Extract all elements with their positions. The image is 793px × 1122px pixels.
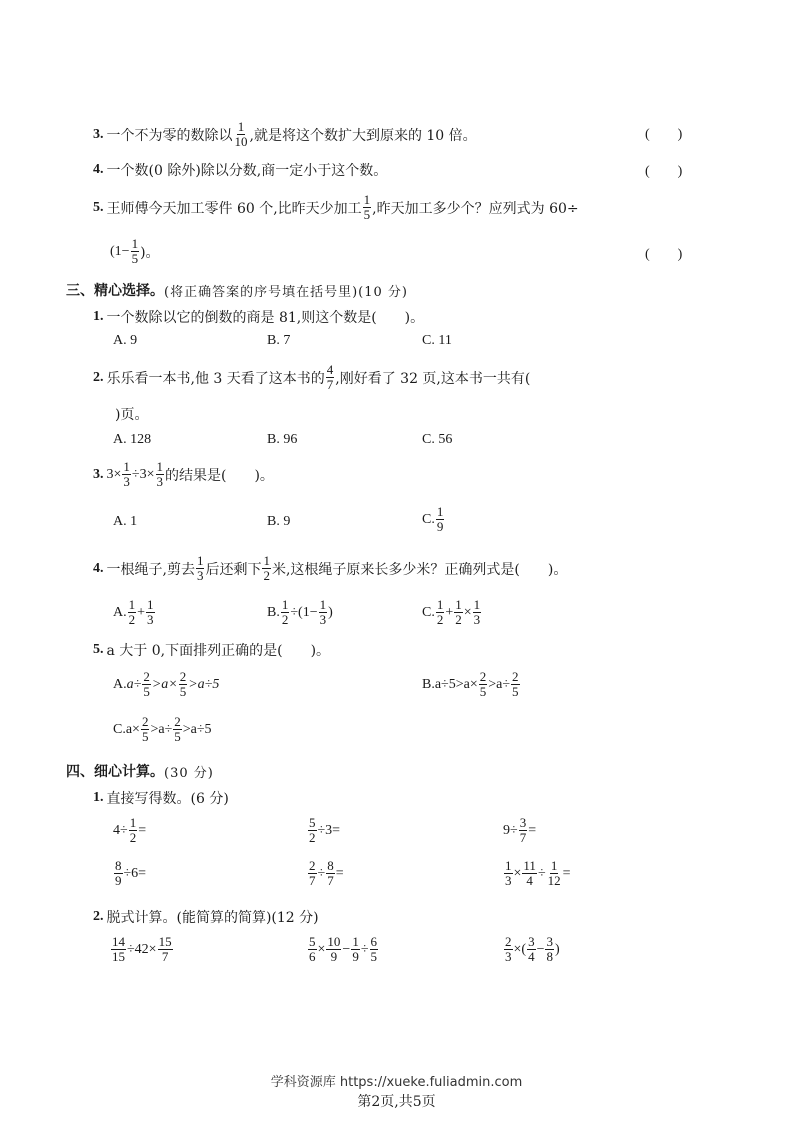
calc-q2: 2. 脱式计算。(能简算的简算)(12 分) xyxy=(93,907,319,927)
option-a[interactable]: A. 128 xyxy=(113,432,151,448)
oral-calc-2: 52 ÷3= xyxy=(307,816,340,845)
oral-calc-6: 13 × 114 ÷ 112 = xyxy=(503,859,571,888)
option-b[interactable]: B. 9 xyxy=(267,514,290,530)
answer-blank[interactable]: ( ) xyxy=(645,123,682,143)
option-a[interactable]: A. 12 + 13 xyxy=(113,598,156,627)
option-a[interactable]: A. 9 xyxy=(113,333,137,349)
oral-calc-1: 4÷ 12 = xyxy=(113,816,146,845)
section-4-heading: 四、细心计算。 (30 分) xyxy=(66,761,214,781)
judgment-item-5-line2: (1− 15 )。 xyxy=(110,237,160,266)
fraction: 12 xyxy=(262,554,271,583)
option-c[interactable]: C. a× 25 >a÷ 25 >a÷5 xyxy=(113,715,212,744)
fraction: 19 xyxy=(436,505,445,534)
choice-q3: 3. 3× 13 ÷3× 13 的结果是( )。 xyxy=(93,460,274,489)
answer-blank[interactable]: ( ) xyxy=(645,160,682,180)
choice-q2-line2: )页。 xyxy=(115,404,148,424)
option-a[interactable]: A. a÷ 25 >a× 25 >a÷5 xyxy=(113,670,219,699)
source-watermark: 学科资源库 https://xueke.fuliadmin.com xyxy=(0,1071,793,1090)
fraction: 110 xyxy=(234,120,249,149)
choice-q5: 5. a 大于 0,下面排列正确的是( )。 xyxy=(93,640,330,660)
fraction: 15 xyxy=(363,193,372,222)
fraction: 13 xyxy=(196,554,205,583)
choice-q1: 1. 一个数除以它的倒数的商是 81,则这个数是( )。 xyxy=(93,307,424,327)
oral-calc-3: 9÷ 37 = xyxy=(503,816,536,845)
fraction: 47 xyxy=(326,363,335,392)
section-3-heading: 三、精心选择。 (将正确答案的序号填在括号里)(10 分) xyxy=(66,280,408,300)
answer-blank[interactable]: ( ) xyxy=(645,243,682,263)
option-b[interactable]: B. 12 ÷(1− 13 ) xyxy=(267,598,333,627)
calc-q1: 1. 直接写得数。(6 分) xyxy=(93,788,229,808)
option-c[interactable]: C. 12 + 12 × 13 xyxy=(422,598,482,627)
step-calc-3: 23 ×( 34 − 38 ) xyxy=(503,935,560,964)
fraction: 13 xyxy=(122,460,131,489)
option-b[interactable]: B. 96 xyxy=(267,432,297,448)
option-b[interactable]: B. 7 xyxy=(267,333,290,349)
option-a[interactable]: A. 1 xyxy=(113,514,137,530)
option-c[interactable]: C. 11 xyxy=(422,333,452,349)
choice-q2: 2. 乐乐看一本书,他 3 天看了这本书的 47 ,刚好看了 32 页,这本书一… xyxy=(93,363,530,392)
judgment-item-5: 5. 王师傅今天加工零件 60 个,比昨天少加工 15 ,昨天加工多少个？应列式… xyxy=(93,193,579,222)
judgment-item-4: 4. 一个数(0 除外)除以分数,商一定小于这个数。 xyxy=(93,160,387,180)
step-calc-1: 1415 ÷42× 157 xyxy=(110,935,174,964)
option-b[interactable]: B. a÷5>a× 25 >a÷ 25 xyxy=(422,670,521,699)
oral-calc-5: 27 ÷ 87 = xyxy=(307,859,344,888)
judgment-item-3: 3. 一个不为零的数除以 110 ,就是将这个数扩大到原来的 10 倍。 xyxy=(93,120,477,149)
oral-calc-4: 89 ÷6= xyxy=(113,859,146,888)
option-c[interactable]: C. 56 xyxy=(422,432,452,448)
choice-q4: 4. 一根绳子,剪去 13 后还剩下 12 米,这根绳子原来长多少米？正确列式是… xyxy=(93,554,567,583)
option-c[interactable]: C. 19 xyxy=(422,505,445,534)
page-number: 第2页,共5页 xyxy=(0,1091,793,1111)
step-calc-2: 56 × 109 − 19 ÷ 65 xyxy=(307,935,379,964)
fraction: 13 xyxy=(156,460,165,489)
fraction: 15 xyxy=(131,237,140,266)
